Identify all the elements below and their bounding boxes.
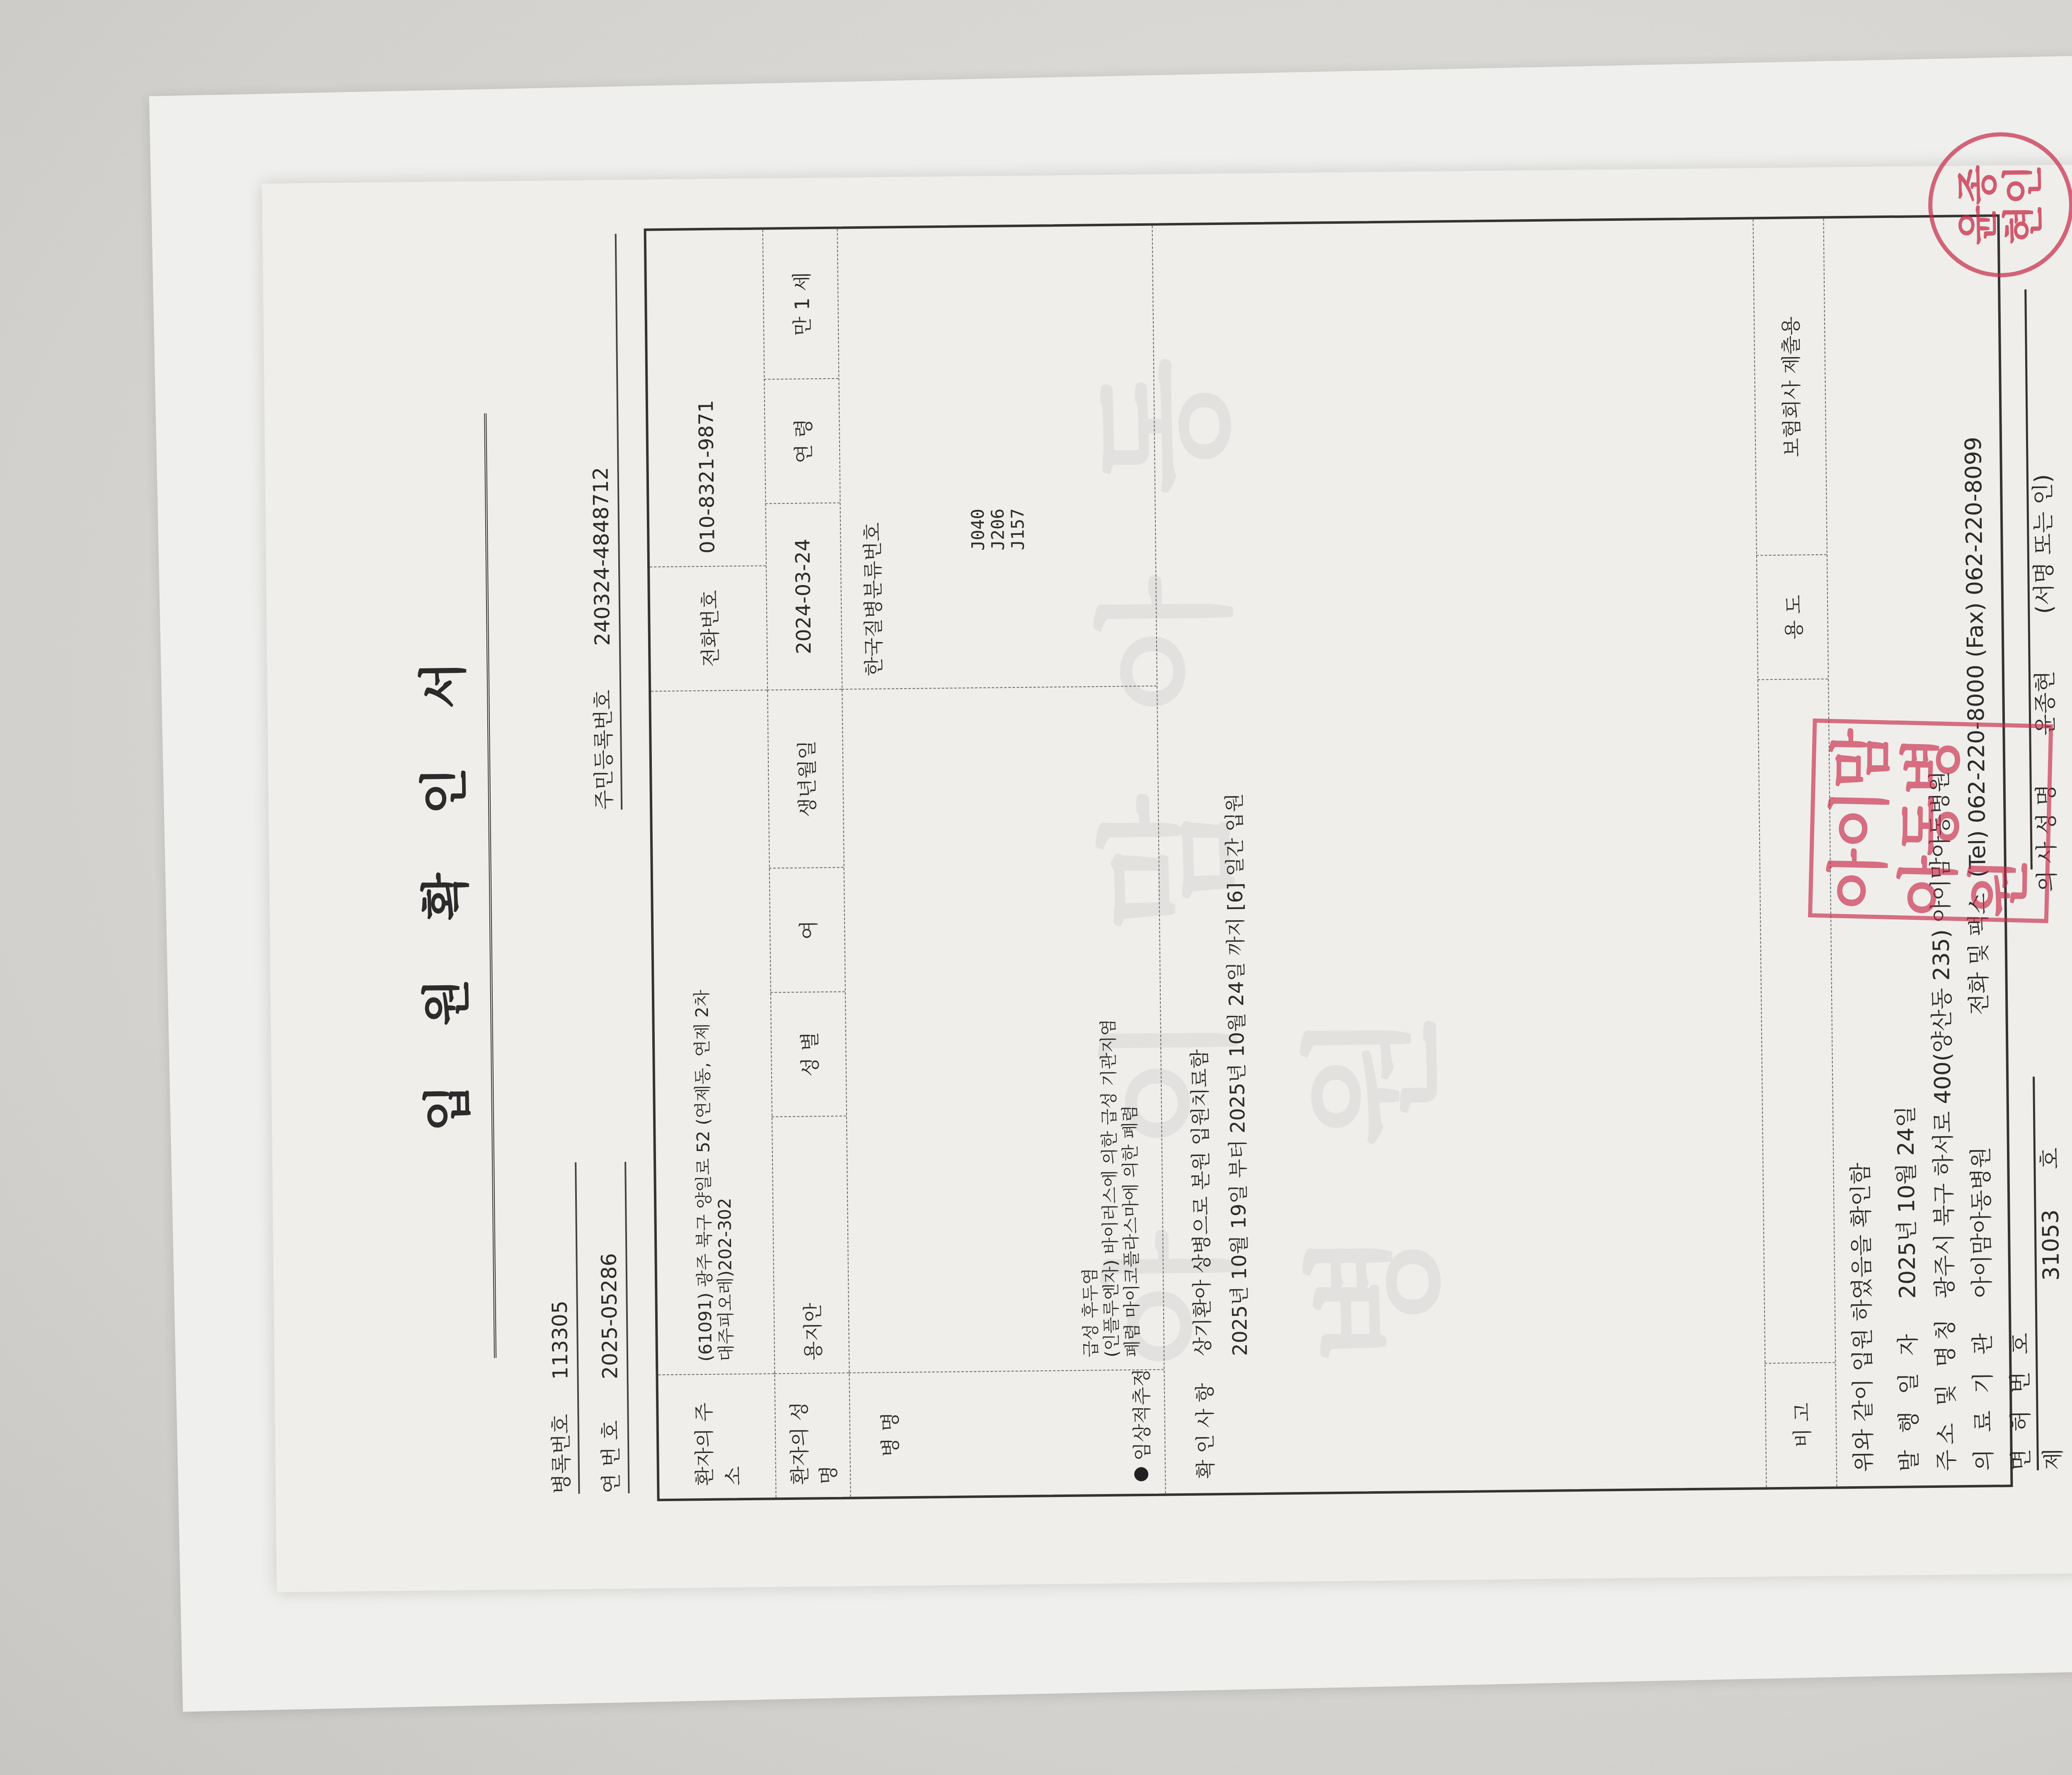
title-underline (484, 413, 496, 1358)
kcd-code: J157 (1008, 508, 1028, 551)
diagnosis-item: (인플루엔자) 바이러스에 의한 급성 기관지염 (1098, 1019, 1123, 1357)
serial-number-label: 연 번 호 (594, 1386, 625, 1494)
age-label: 연 령 (764, 378, 840, 503)
license-label: 면 허 번 호 제 (2002, 1304, 2067, 1471)
serial-number-underline (625, 1162, 629, 1493)
remarks-label: 비 고 (1765, 1362, 1836, 1487)
resident-id-label: 주민등록번호 (586, 652, 617, 810)
doctor-seal-text: 현인 (2000, 164, 2047, 244)
diagnosis-item: 폐렴 마이코플라스마에 의한 폐렴 (1119, 1019, 1143, 1357)
purpose-value: 보험회사 제출용 (1752, 219, 1826, 555)
record-number-underline (575, 1162, 580, 1494)
address-label: 환자의 주소 (658, 1373, 775, 1499)
address-name-label: 주소 및 명칭 (1927, 1305, 1961, 1471)
doctor-seal-text: 윤종 (1955, 165, 2001, 245)
kcd-codes-cell: 한국질병분류번호 J040 J206 J157 (837, 226, 1157, 689)
kcd-code: J040 (968, 509, 988, 551)
sign-label: (서명 또는 인) (2030, 474, 2057, 614)
license-number: 31053 (2037, 1209, 2064, 1281)
kcd-code: J206 (988, 508, 1008, 551)
document-title: 입 원 확 인 서 (399, 181, 484, 1591)
sex-label: 성 별 (770, 991, 846, 1117)
serial-number: 연 번 호 2025-05286 (592, 1253, 625, 1494)
diagnosis-item: 급성 후두염 (1077, 1019, 1102, 1358)
issue-date: 발 행 일 자 2025년 10월 24일 (1888, 1106, 1924, 1472)
resident-id-value: 240324-4848712 (589, 467, 615, 646)
confirmation-label: 확 인 사 항 (1164, 1363, 1766, 1493)
hospital-seal-text: 아이맘 (1823, 728, 1898, 910)
diagnosis-list: 급성 후두염 (인플루엔자) 바이러스에 의한 급성 기관지염 폐렴 마이코플라… (1077, 1019, 1143, 1358)
birth-label: 생년월일 (767, 689, 843, 868)
name-label: 환자의 성명 (774, 1372, 850, 1497)
admission-confirmation-document: 아 이 맘 아 동 병 원 입 원 확 인 서 병록번호 113305 연 번 … (262, 164, 2072, 1592)
confirmation-line2: 2025년 10월 19일 부터 2025년 10월 24일 까지 [6] 일간… (1216, 793, 1259, 1356)
purpose-label: 용 도 (1756, 554, 1828, 680)
serial-number-value: 2025-05286 (597, 1253, 622, 1379)
confirmation-row: 확 인 사 항 상기환아 상병으로 본원 입원치료함 2025년 10월 19일… (1152, 219, 1767, 1493)
record-number-label: 병록번호 (544, 1386, 575, 1494)
phone-value: 010-8321-9871 (646, 230, 766, 566)
license-suffix: 호 (2037, 1147, 2063, 1169)
age-value: 만 1 세 (762, 229, 839, 379)
address-row: 환자의 주소 (61091) 광주 북구 양일로 52 (연제동, 연제 2차 … (646, 230, 777, 1499)
patient-info-table: 환자의 주소 (61091) 광주 북구 양일로 52 (연제동, 연제 2차 … (644, 214, 2013, 1501)
name-row: 환자의 성명 용지안 성 별 여 생년월일 2024-03-24 연 령 만 1… (762, 229, 851, 1498)
address-line1: (61091) 광주 북구 양일로 52 (연제동, 연제 2차 (692, 990, 716, 1362)
confirmation-line1: 상기환아 상병으로 본원 입원치료함 (1179, 793, 1222, 1357)
phone-label: 전화번호 (650, 565, 767, 691)
address-value: (61091) 광주 북구 양일로 52 (연제동, 연제 2차 대주피오레)2… (651, 689, 774, 1374)
name-value: 용지안 (772, 1115, 849, 1373)
resident-id: 주민등록번호 240324-4848712 (584, 467, 618, 810)
address-line2: 대주피오레)202-302 (714, 1198, 737, 1361)
bullet-icon (1134, 1467, 1148, 1481)
footer-statement: 위와 같이 입원 하였음을 확인함 (1843, 1163, 1878, 1473)
issue-date-label: 발 행 일 자 (1890, 1306, 1924, 1472)
license: 면 허 번 호 제 31053 호 의 사 성 명 윤종현 (서명 또는 인) (1993, 474, 2067, 1470)
clinical-estimate: 임상적추정 (1126, 1369, 1155, 1482)
doctor-seal: 윤종 현인 (1927, 131, 2072, 278)
institution-value: 아이맘아동병원 (1968, 1146, 1995, 1298)
institution-label: 의 료 기 관 (1965, 1305, 1998, 1471)
diagnosis-label: 병 명 (849, 1369, 1165, 1497)
sex-value: 여 (769, 867, 845, 992)
issue-date-value: 2025년 10월 24일 (1893, 1106, 1921, 1299)
confirmation-text: 상기환아 상병으로 본원 입원치료함 2025년 10월 19일 부터 2025… (1179, 793, 1259, 1357)
record-number-value: 113305 (548, 1301, 573, 1380)
birth-value: 2024-03-24 (765, 503, 842, 690)
record-number: 병록번호 113305 (543, 1301, 575, 1494)
kcd-label: 한국질병분류번호 (857, 522, 887, 676)
kcd-codes: J040 J206 J157 (968, 508, 1028, 551)
clinical-estimate-label: 임상적추정 (1126, 1369, 1155, 1461)
hospital-seal-text: 아동병원 (1893, 725, 2038, 919)
hospital-seal: 아이맘 아동병원 (1808, 718, 2053, 923)
